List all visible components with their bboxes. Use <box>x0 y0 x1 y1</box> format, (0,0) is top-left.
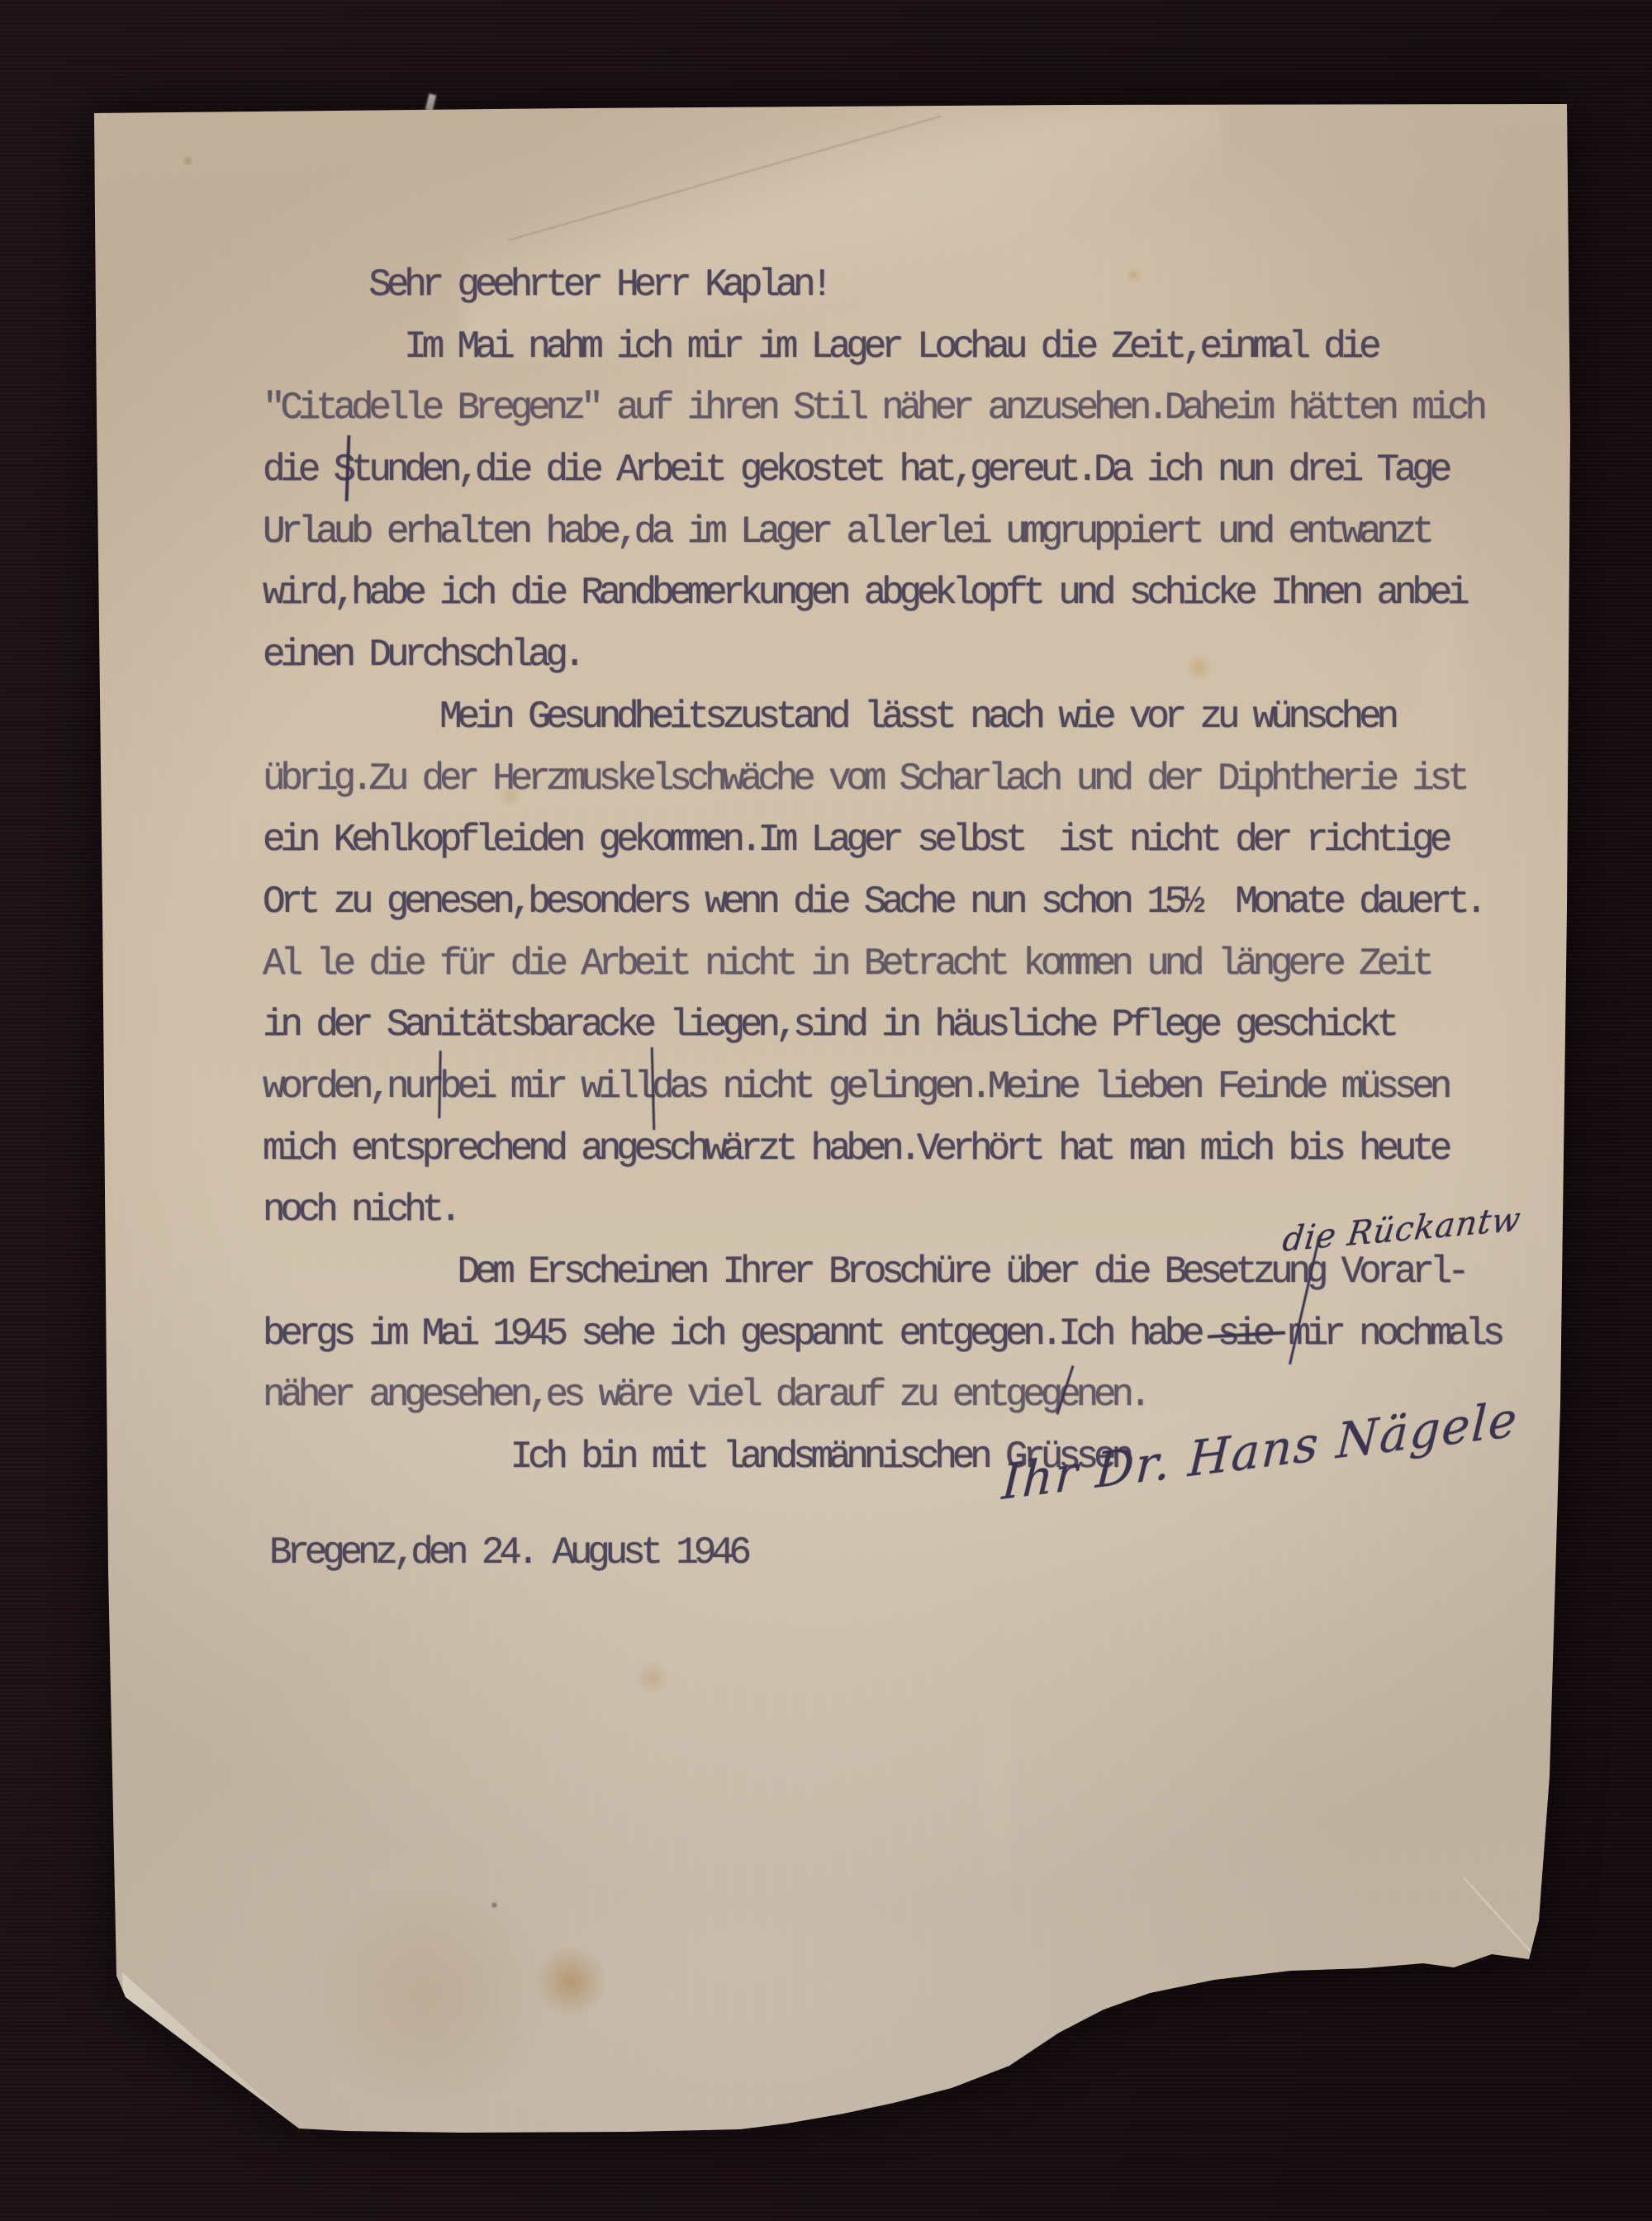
typed-line: wird,habe ich die Randbemerkungen abgekl… <box>263 562 1500 624</box>
typed-line: Al le die für die Arbeit nicht in Betrac… <box>263 933 1500 995</box>
stain-spot <box>182 155 194 166</box>
paper-shadow: Sehr geehrter Herr Kaplan! Im Mai nahm i… <box>0 0 1652 2221</box>
typed-line: die Stunden,die die Arbeit gekostet hat,… <box>263 439 1500 501</box>
paper-streak <box>979 1611 1017 1958</box>
typed-line: Sehr geehrter Herr Kaplan! <box>263 254 1500 316</box>
typed-line: Urlaub erhalten habe,da im Lager allerle… <box>263 501 1500 563</box>
typed-line: einen Durchschlag. <box>263 624 1500 686</box>
typed-line: mich entsprechend angeschwärzt haben.Ver… <box>263 1118 1500 1180</box>
stain-spot <box>634 1662 671 1695</box>
dateline: Bregenz,den 24. August 1946 <box>269 1522 747 1584</box>
typed-line: "Citadelle Bregenz" auf ihren Stil näher… <box>263 377 1500 439</box>
typed-line: Im Mai nahm ich mir im Lager Lochau die … <box>263 316 1500 378</box>
letter-paper: Sehr geehrter Herr Kaplan! Im Mai nahm i… <box>0 0 1652 2221</box>
typed-line: Ort zu genesen,besonders wenn die Sache … <box>263 871 1500 933</box>
typed-line: bergs im Mai 1945 sehe ich gespannt entg… <box>263 1303 1500 1365</box>
typed-line: übrig.Zu der Herzmuskelschwäche vom Scha… <box>263 748 1500 810</box>
typed-line: ein Kehlkopfleiden gekommen.Im Lager sel… <box>263 809 1500 871</box>
typed-line: in der Sanitätsbaracke liegen,sind in hä… <box>263 994 1500 1056</box>
stain-blotch <box>289 1891 570 2098</box>
letter-body: Sehr geehrter Herr Kaplan! Im Mai nahm i… <box>263 254 1500 1488</box>
fold-crease-line <box>1463 1877 1536 1958</box>
typed-line: worden,nurbei mir willdas nicht gelingen… <box>263 1056 1500 1118</box>
folded-corner <box>116 1958 306 2135</box>
scan-background: Sehr geehrter Herr Kaplan! Im Mai nahm i… <box>0 0 1652 2221</box>
typed-line: Mein Gesundheitszustand lässt nach wie v… <box>263 686 1500 748</box>
